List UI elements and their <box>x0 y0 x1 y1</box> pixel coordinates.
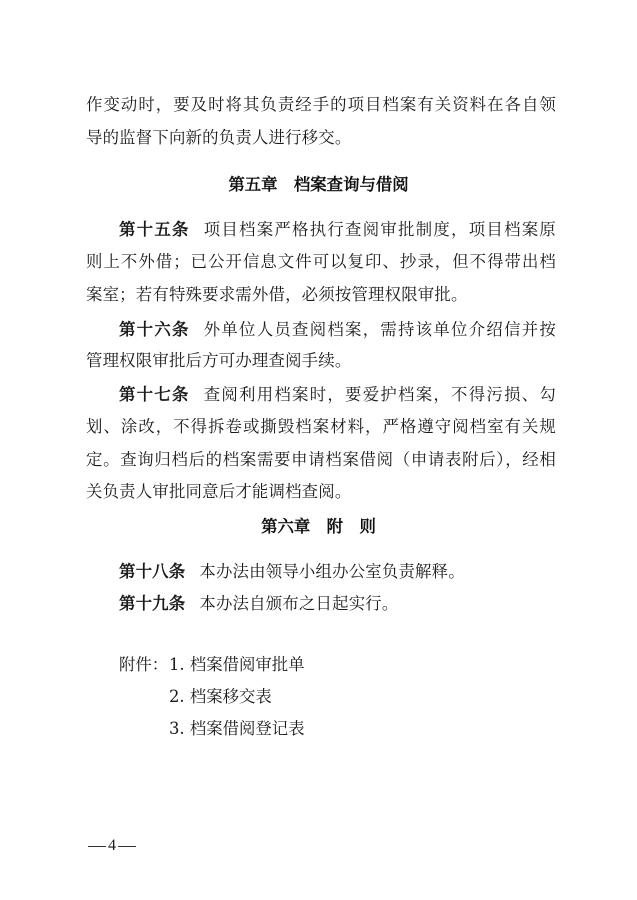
article-17-line-3: 定。查询归档后的档案需要申请档案借阅（申请表附后），经相 <box>86 450 556 470</box>
article-16: 第十六条外单位人员查阅档案，需持该单位介绍信并按 <box>119 320 556 340</box>
page-number: 4 <box>86 836 138 856</box>
dash-right <box>118 846 136 847</box>
article-16-label: 第十六条 <box>119 320 190 339</box>
article-17: 第十七条查阅利用档案时，要爱护档案，不得污损、勾 <box>119 385 556 405</box>
article-15: 第十五条项目档案严格执行查阅审批制度，项目档案原 <box>119 220 556 240</box>
attachment-item-2: 2. 档案移交表 <box>169 687 272 707</box>
chapter-5-heading: 第五章 档案查询与借阅 <box>0 175 637 195</box>
attachment-item-1: 1. 档案借阅审批单 <box>169 655 305 675</box>
article-18-text: 本办法由领导小组办公室负责解释。 <box>199 562 464 581</box>
attachment-item-3: 3. 档案借阅登记表 <box>169 719 305 739</box>
article-18-label: 第十八条 <box>119 562 185 581</box>
dash-left <box>88 846 106 847</box>
document-page: 作变动时，要及时将其负责经手的项目档案有关资料在各自领 导的监督下向新的负责人进… <box>0 0 637 900</box>
article-16-text: 外单位人员查阅档案，需持该单位介绍信并按 <box>204 320 556 339</box>
page-number-value: 4 <box>108 837 116 854</box>
article-17-line-4: 关负责人审批同意后才能调档查阅。 <box>86 482 556 502</box>
article-17-text: 查阅利用档案时，要爱护档案，不得污损、勾 <box>204 385 556 404</box>
article-19-text: 本办法自颁布之日起实行。 <box>199 594 398 613</box>
chapter-6-heading: 第六章 附 则 <box>0 517 637 537</box>
article-15-text: 项目档案严格执行查阅审批制度，项目档案原 <box>204 220 556 239</box>
article-15-line-2: 则上不外借；已公开信息文件可以复印、抄录，但不得带出档 <box>86 252 556 272</box>
article-19-label: 第十九条 <box>119 594 185 613</box>
article-17-label: 第十七条 <box>119 385 190 404</box>
article-16-line-2: 管理权限审批后方可办理查阅手续。 <box>86 351 556 371</box>
article-18: 第十八条本办法由领导小组办公室负责解释。 <box>119 562 556 582</box>
article-17-line-2: 划、涂改，不得拆卷或撕毁档案材料，严格遵守阅档室有关规 <box>86 417 556 437</box>
article-15-label: 第十五条 <box>119 220 190 239</box>
attachments-label: 附件： <box>119 655 168 675</box>
continuation-line-2: 导的监督下向新的负责人进行移交。 <box>86 128 556 148</box>
article-19: 第十九条本办法自颁布之日起实行。 <box>119 594 556 614</box>
article-15-line-3: 案室；若有特殊要求需外借，必须按管理权限审批。 <box>86 285 556 305</box>
continuation-line-1: 作变动时，要及时将其负责经手的项目档案有关资料在各自领 <box>86 95 556 115</box>
